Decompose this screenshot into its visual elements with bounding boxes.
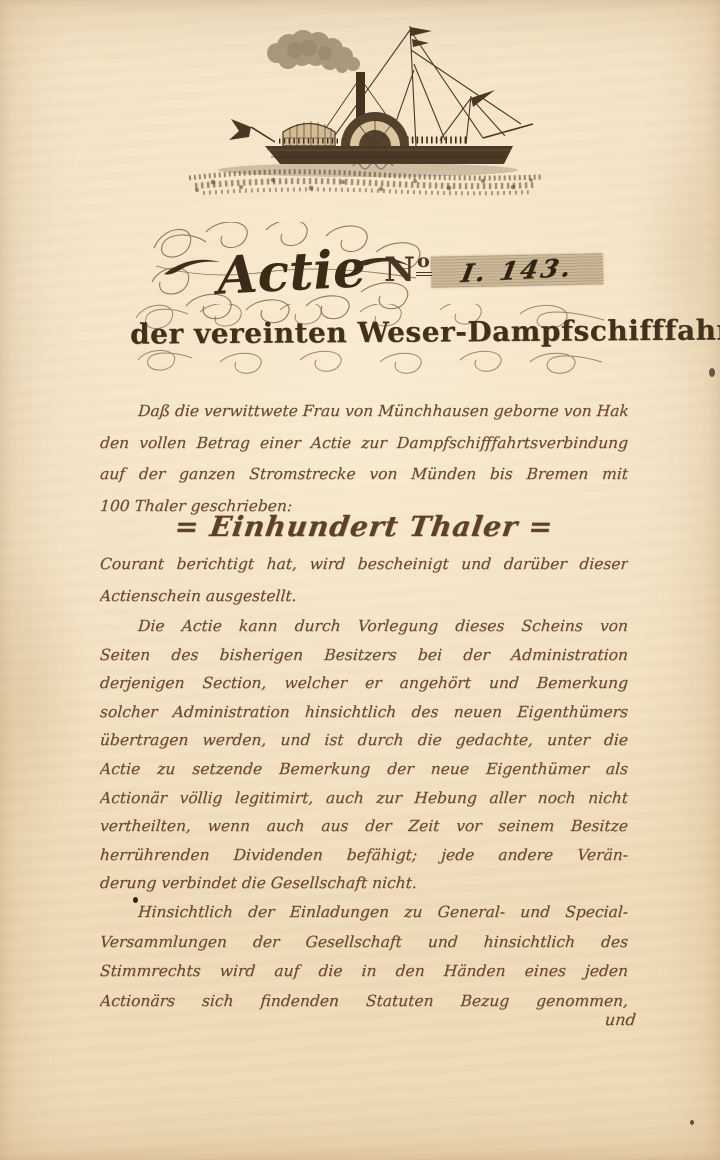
steamship-engraving-svg: [183, 20, 547, 198]
handwritten-line: Versammlungen der Gesellschaft und hinsi…: [99, 928, 629, 958]
paragraph-3: Hinsichtlich der Einladungen zu General-…: [100, 898, 628, 1016]
handwritten-line: Die Actie kann durch Vorlegung dieses Sc…: [99, 612, 629, 641]
number-strip: I. 143.: [431, 253, 604, 288]
certificate-number: I. 143.: [458, 253, 575, 288]
share-certificate-page: Actie No I. 143. der vereinten We: [0, 0, 720, 1160]
ink-speck: [709, 368, 715, 377]
handwritten-line: Courant berichtigt hat, wird bescheinigt…: [99, 548, 629, 580]
handwritten-line: vertheilten, wenn auch aus der Zeit vor …: [99, 812, 629, 841]
handwritten-line: derung verbindet die Gesellschaft nicht.: [99, 869, 629, 898]
handwritten-line: Actionärs sich findenden Statuten Bezug …: [99, 987, 629, 1017]
paragraph-2: Die Actie kann durch Vorlegung dieses Sc…: [100, 612, 628, 898]
number-label-sup: o: [416, 250, 432, 276]
catchword: und: [604, 1010, 637, 1029]
handwritten-line: solcher Administration hinsichtlich des …: [99, 698, 629, 727]
number-label: No: [384, 250, 432, 290]
ink-speck: [690, 1120, 694, 1125]
share-word: Actie: [211, 238, 368, 307]
ink-speck: [133, 897, 138, 903]
handwritten-line: Actienschein ausgestellt.: [99, 580, 629, 612]
handwritten-line: Seiten des bisherigen Besitzers bei der …: [99, 641, 629, 670]
handwritten-line: den vollen Betrag einer Actie zur Dampfs…: [99, 428, 629, 460]
handwritten-line: Hinsichtlich der Einladungen zu General-…: [99, 898, 629, 928]
title-block: der vereinten Weser-Dampfschifffahrt.: [130, 304, 610, 374]
company-title: der vereinten Weser-Dampfschifffahrt.: [130, 314, 610, 350]
handwritten-line: übertragen werden, und ist durch die ged…: [99, 726, 629, 755]
steamship-vignette: [183, 20, 547, 198]
stern-flag: [229, 119, 251, 140]
amount-line: = Einhundert Thaler =: [97, 504, 631, 550]
handwritten-line: herrührenden Dividenden befähigt; jede a…: [99, 841, 629, 870]
handwritten-line: Daß die verwittwete Frau von Münchhausen…: [99, 396, 629, 428]
ground-foliage: [189, 163, 541, 193]
handwritten-line: Actionär völlig legitimirt, auch zur Heb…: [99, 784, 629, 813]
handwritten-line: Actie zu setzende Bemerkung der neue Eig…: [99, 755, 629, 784]
handwritten-line: auf der ganzen Stromstrecke von Münden b…: [99, 459, 629, 491]
handwritten-line: derjenigen Section, welcher er angehört …: [99, 669, 629, 698]
paper-stain: [0, 540, 90, 840]
handwritten-line: Stimmrechts wird auf die in den Händen e…: [99, 957, 629, 987]
paragraph-mid: Courant berichtigt hat, wird bescheinigt…: [100, 548, 628, 612]
number-label-n: N: [384, 250, 416, 290]
